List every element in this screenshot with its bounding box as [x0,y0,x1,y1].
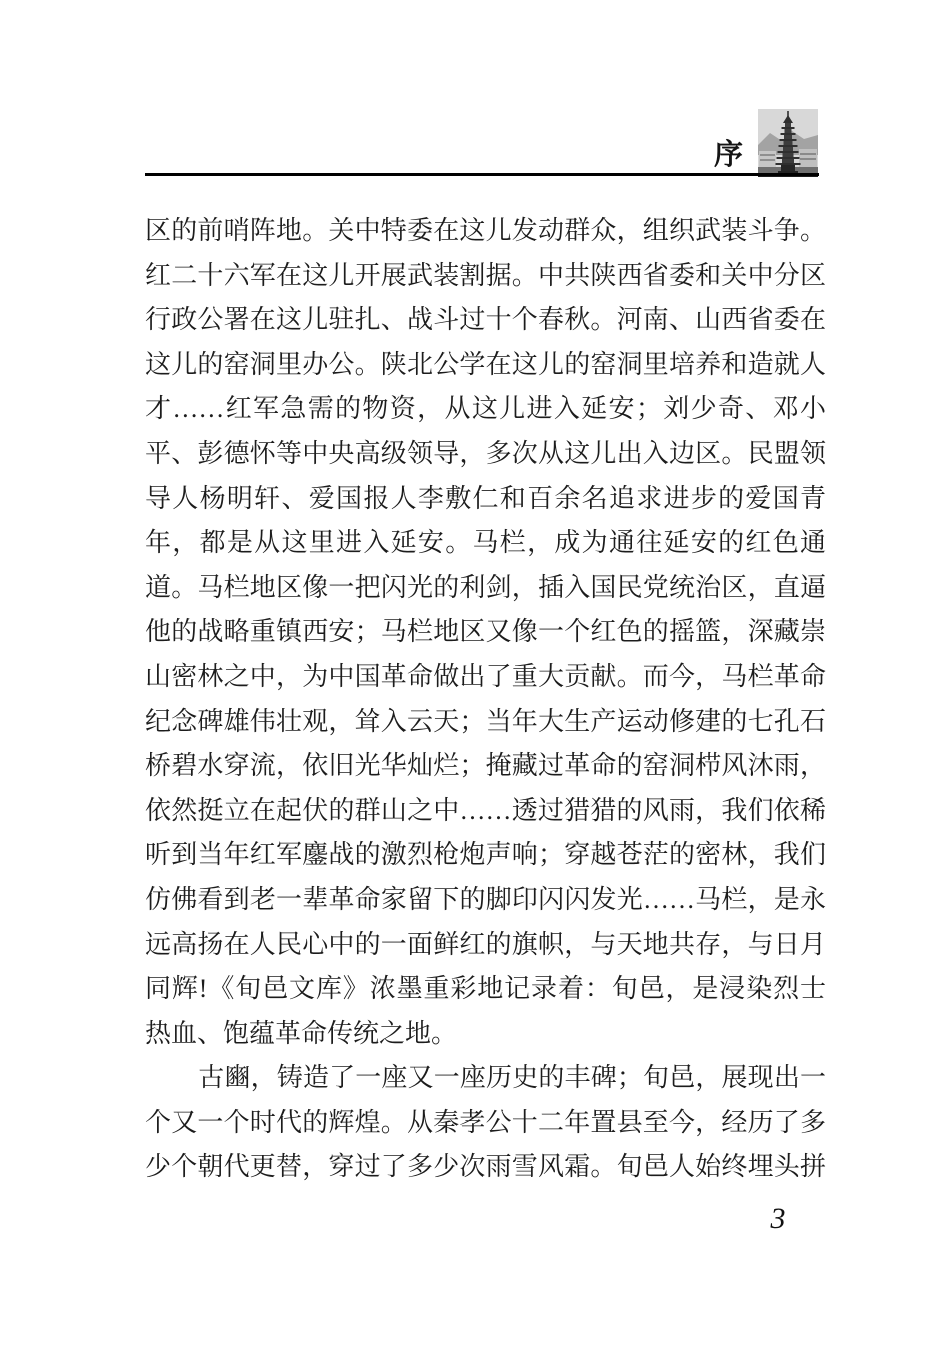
text-line: 这儿的窑洞里办公。陕北公学在这儿的窑洞里培养和造就人 [145,343,826,388]
text-line: 桥碧水穿流，依旧光华灿烂；掩藏过革命的窑洞栉风沐雨， [145,744,826,789]
text-line: 纪念碑雄伟壮观，耸入云天；当年大生产运动修建的七孔石 [145,700,826,745]
page-number: 3 [758,1202,798,1236]
text-line: 道。马栏地区像一把闪光的利剑，插入国民党统治区，直逼 [145,566,826,611]
text-line: 远高扬在人民心中的一面鲜红的旗帜，与天地共存，与日月 [145,923,826,968]
text-line-paragraph-end: 热血、饱蕴革命传统之地。 [145,1012,826,1057]
text-line: 平、彭德怀等中央高级领导，多次从这儿出入边区。民盟领 [145,432,826,477]
text-line: 山密林之中，为中国革命做出了重大贡献。而今，马栏革命 [145,655,826,700]
pagoda-photo-icon [758,109,818,177]
text-line: 个又一个时代的辉煌。从秦孝公十二年置县至今，经历了多 [145,1101,826,1146]
text-line: 区的前哨阵地。关中特委在这儿发动群众，组织武装斗争。 [145,209,826,254]
body-text: 区的前哨阵地。关中特委在这儿发动群众，组织武装斗争。 红二十六军在这儿开展武装割… [145,209,826,1190]
text-line: 他的战略重镇西安；马栏地区又像一个红色的摇篮，深藏崇 [145,610,826,655]
text-line: 听到当年红军鏖战的激烈枪炮声响；穿越苍茫的密林，我们 [145,833,826,878]
header-rule [145,173,819,176]
text-line: 红二十六军在这儿开展武装割据。中共陕西省委和关中分区 [145,254,826,299]
text-line: 仿佛看到老一辈革命家留下的脚印闪闪发光……马栏，是永 [145,878,826,923]
text-line-paragraph-start: 古豳，铸造了一座又一座历史的丰碑；旬邑，展现出一 [145,1056,826,1101]
text-line: 年，都是从这里进入延安。马栏，成为通往延安的红色通 [145,521,826,566]
text-line: 依然挺立在起伏的群山之中……透过猎猎的风雨，我们依稀 [145,789,826,834]
text-line: 行政公署在这儿驻扎、战斗过十个春秋。河南、山西省委在 [145,298,826,343]
text-line: 才……红军急需的物资，从这儿进入延安；刘少奇、邓小 [145,387,826,432]
text-line: 导人杨明轩、爱国报人李敷仁和百余名追求进步的爱国青 [145,477,826,522]
book-page: 序 [0,0,950,1345]
chapter-title: 序 [714,139,743,171]
text-line: 少个朝代更替，穿过了多少次雨雪风霜。旬邑人始终埋头拼 [145,1145,826,1190]
text-line: 同辉!《旬邑文库》浓墨重彩地记录着：旬邑，是浸染烈士 [145,967,826,1012]
